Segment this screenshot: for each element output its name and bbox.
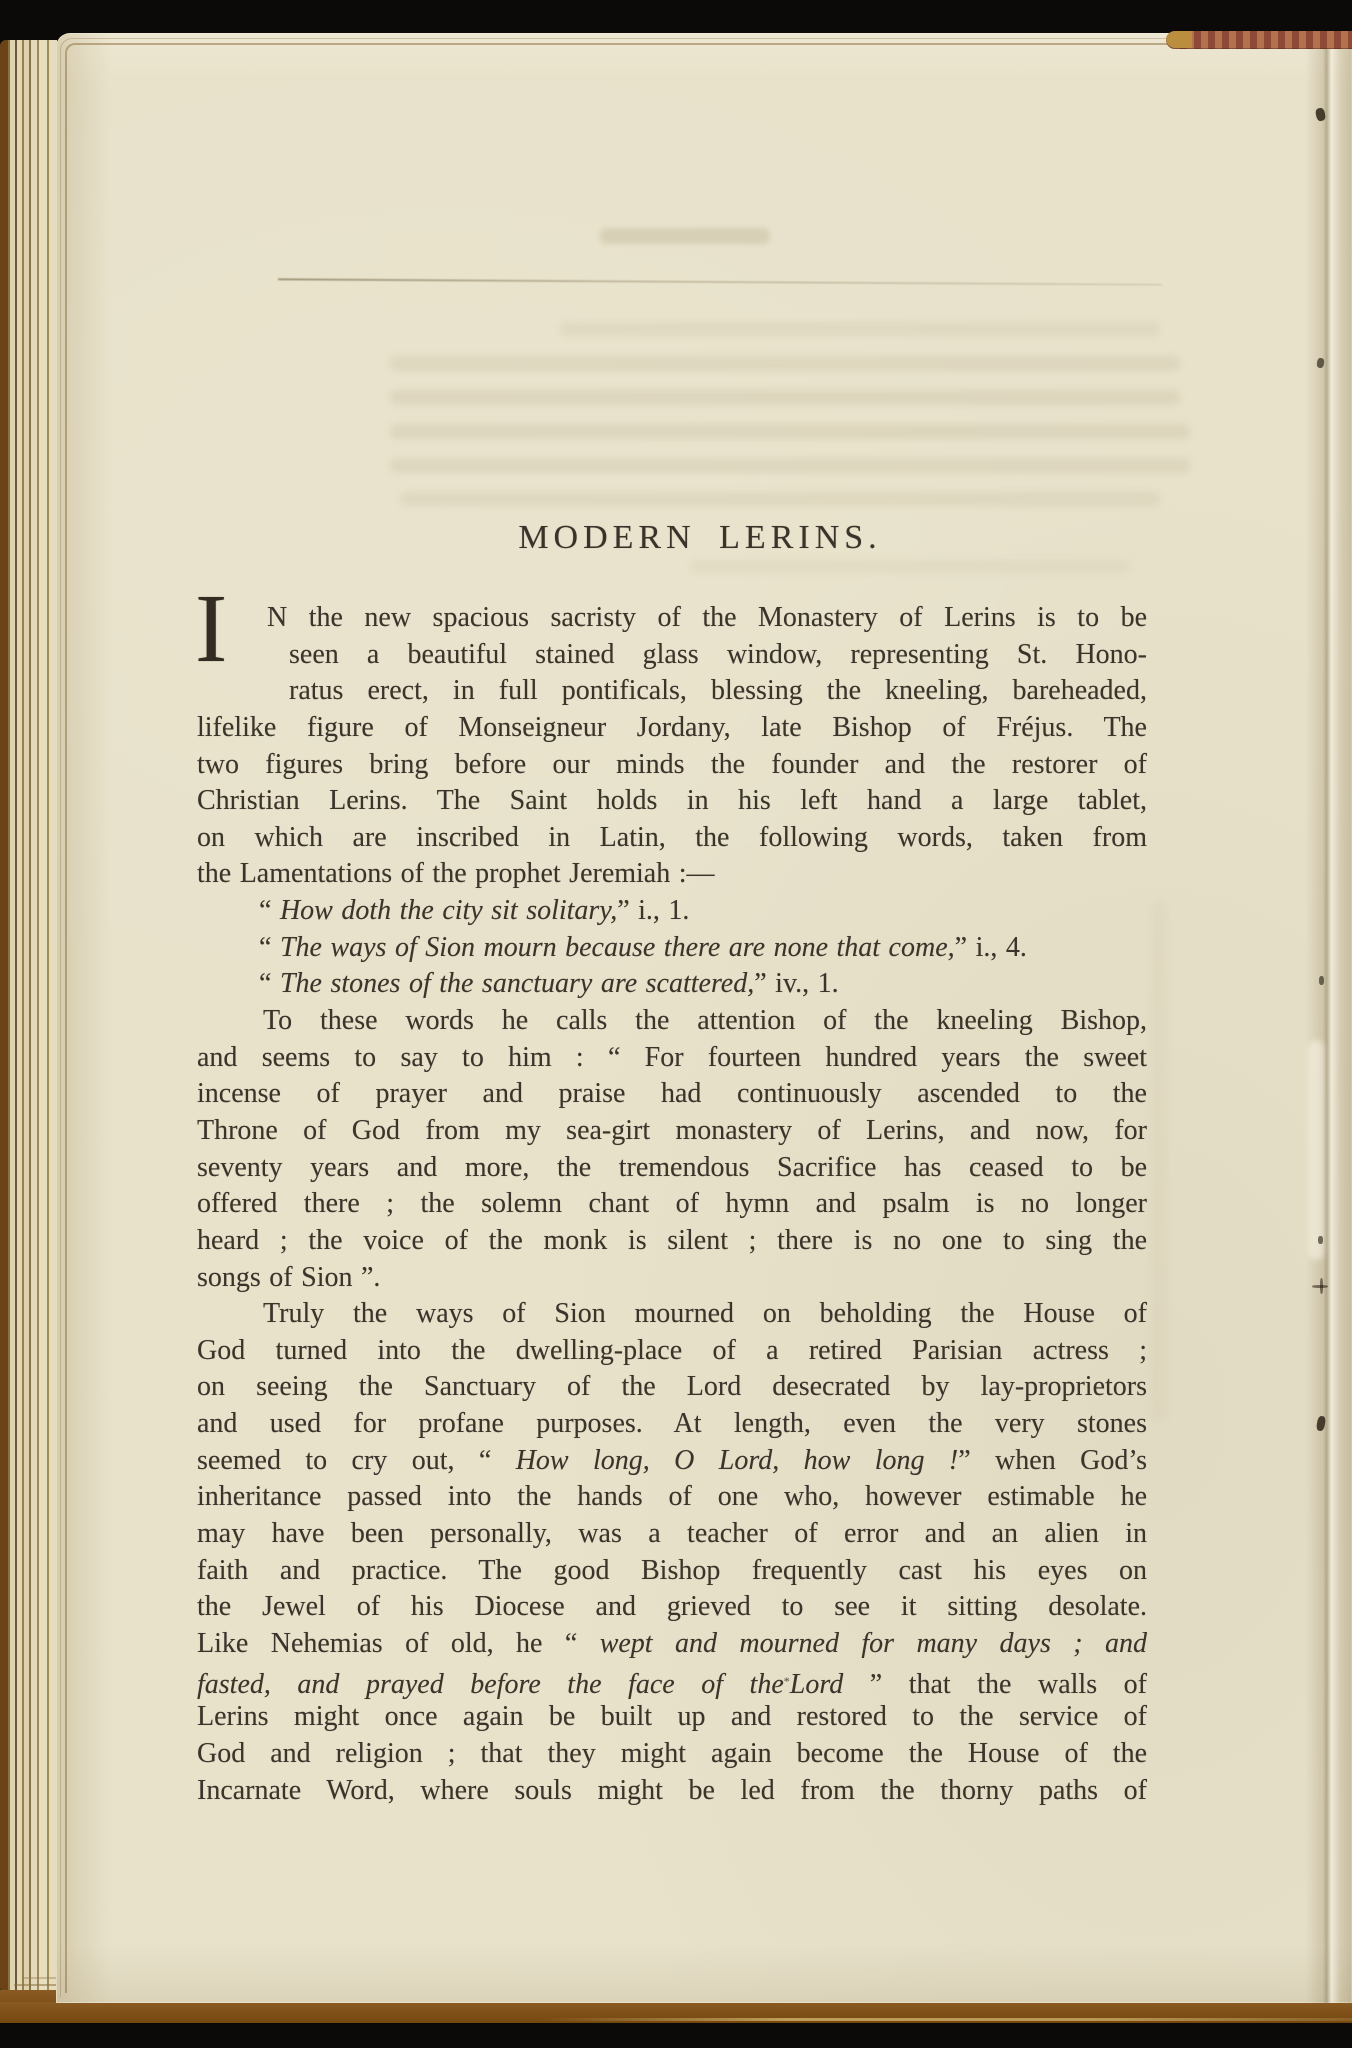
text-line: fasted, and prayed before the face of th… <box>197 1663 1147 1700</box>
body-text: the Lamentations of the prophet Jeremiah… <box>197 858 715 889</box>
gutter-crease-highlight <box>1308 1040 1324 1260</box>
body-text: faith and practice. The good Bishop freq… <box>197 1555 1147 1586</box>
body-text: ” i., 4. <box>955 932 1027 963</box>
body-text: ” that the walls of <box>843 1669 1147 1700</box>
body-text: on seeing the Sanctuary of the Lord dese… <box>197 1371 1147 1402</box>
body-text: seen a beautiful stained glass window, r… <box>289 639 1147 670</box>
body-text: and used for profane purposes. At length… <box>197 1408 1147 1439</box>
body-text: and seems to say to him : “ For fourteen… <box>197 1042 1147 1073</box>
text-line: Christian Lerins. The Saint holds in his… <box>197 783 1147 820</box>
body-text: Incarnate Word, where souls might be led… <box>197 1775 1147 1806</box>
body-text: Like Nehemias of old, he “ <box>197 1628 600 1659</box>
text-block: I N the new spacious sacristy of the Mon… <box>197 600 1147 1809</box>
text-line: “ The ways of Sion mourn because there a… <box>197 930 1147 967</box>
headband <box>1166 31 1352 49</box>
text-line: Like Nehemias of old, he “ wept and mour… <box>197 1626 1147 1663</box>
italic-text: Lord <box>790 1669 843 1700</box>
body-text: God and religion ; that they might again… <box>197 1738 1147 1769</box>
text-line: To these words he calls the attention of… <box>197 1003 1147 1040</box>
drop-cap: I <box>195 580 227 677</box>
italic-text: The ways of Sion mourn because there are… <box>280 932 955 963</box>
body-text: offered there ; the solemn chant of hymn… <box>197 1188 1147 1219</box>
text-line: God and religion ; that they might again… <box>197 1736 1147 1773</box>
text-line: the Jewel of his Diocese and grieved to … <box>197 1589 1147 1626</box>
text-line: seventy years and more, the tremendous S… <box>197 1150 1147 1187</box>
headband-gold-segment <box>1166 31 1192 48</box>
scanned-book-photo: MODERN LERINS. I N the new spacious sacr… <box>0 0 1352 2048</box>
text-line: may have been personally, was a teacher … <box>197 1516 1147 1553</box>
binding-stitch-mark <box>1319 976 1324 985</box>
text-line: seen a beautiful stained glass window, r… <box>197 637 1147 674</box>
body-text: ” iv., 1. <box>754 968 838 999</box>
gilt-edge-glint <box>540 2018 1352 2021</box>
body-text: “ <box>259 895 280 926</box>
italic-text: How long, O Lord, how long ! <box>516 1445 959 1476</box>
text-line: on which are inscribed in Latin, the fol… <box>197 820 1147 857</box>
text-line: Throne of God from my sea-girt monastery… <box>197 1113 1147 1150</box>
text-line: “ How doth the city sit solitary,” i., 1… <box>197 893 1147 930</box>
footnote-mark: * <box>784 1674 790 1688</box>
text-line: seemed to cry out, “ How long, O Lord, h… <box>197 1443 1147 1480</box>
text-line: the Lamentations of the prophet Jeremiah… <box>197 856 1147 893</box>
binding-stitch-mark <box>1320 1278 1323 1294</box>
body-text: songs of Sion ”. <box>197 1262 380 1293</box>
text-line: Truly the ways of Sion mourned on behold… <box>197 1296 1147 1333</box>
body-text: ” when God’s <box>958 1445 1147 1476</box>
body-text: seemed to cry out, “ <box>197 1445 516 1476</box>
body-text: may have been personally, was a teacher … <box>197 1518 1147 1549</box>
text-line: two figures bring before our minds the f… <box>197 747 1147 784</box>
body-text: incense of prayer and praise had continu… <box>197 1078 1147 1109</box>
chapter-title: MODERN LERINS. <box>225 516 1175 560</box>
body-text: Truly the ways of Sion mourned on behold… <box>263 1298 1147 1329</box>
body-text: two figures bring before our minds the f… <box>197 749 1147 780</box>
body-text: Throne of God from my sea-girt monastery… <box>197 1115 1147 1146</box>
body-text: ” i., 1. <box>617 895 689 926</box>
italic-text: How doth the city sit solitary, <box>280 895 617 926</box>
text-line: offered there ; the solemn chant of hymn… <box>197 1186 1147 1223</box>
text-line: Incarnate Word, where souls might be led… <box>197 1773 1147 1810</box>
italic-text: The stones of the sanctuary are scattere… <box>280 968 754 999</box>
text-line: lifelike figure of Monseigneur Jordany, … <box>197 710 1147 747</box>
text-line: faith and practice. The good Bishop freq… <box>197 1553 1147 1590</box>
body-text: To these words he calls the attention of… <box>263 1005 1147 1036</box>
text-line: songs of Sion ”. <box>197 1260 1147 1297</box>
italic-text: fasted, and prayed before the face of th… <box>197 1669 784 1700</box>
body-text: Lerins might once again be built up and … <box>197 1701 1147 1732</box>
text-line: and used for profane purposes. At length… <box>197 1406 1147 1443</box>
body-text: heard ; the voice of the monk is silent … <box>197 1225 1147 1256</box>
text-line: N the new spacious sacristy of the Monas… <box>197 600 1147 637</box>
text-line: God turned into the dwelling-place of a … <box>197 1333 1147 1370</box>
text-line: heard ; the voice of the monk is silent … <box>197 1223 1147 1260</box>
body-text: lifelike figure of Monseigneur Jordany, … <box>197 712 1147 743</box>
body-text: on which are inscribed in Latin, the fol… <box>197 822 1147 853</box>
text-line: ratus erect, in full pontificals, blessi… <box>197 673 1147 710</box>
italic-text: wept and mourned for many days ; and <box>600 1628 1147 1659</box>
binding-stitch-mark <box>1318 1236 1323 1244</box>
body-text: “ <box>259 932 280 963</box>
page-edge-stack <box>0 40 57 1992</box>
text-line: on seeing the Sanctuary of the Lord dese… <box>197 1369 1147 1406</box>
body-text: N the new spacious sacristy of the Monas… <box>267 602 1147 633</box>
body-text: inheritance passed into the hands of one… <box>197 1481 1147 1512</box>
body-text: God turned into the dwelling-place of a … <box>197 1335 1147 1366</box>
body-text: the Jewel of his Diocese and grieved to … <box>197 1591 1147 1622</box>
body-text: Christian Lerins. The Saint holds in his… <box>197 785 1147 816</box>
text-line: Lerins might once again be built up and … <box>197 1699 1147 1736</box>
body-text: “ <box>259 968 280 999</box>
body-text: ratus erect, in full pontificals, blessi… <box>289 675 1147 706</box>
text-line: and seems to say to him : “ For fourteen… <box>197 1040 1147 1077</box>
body-text: seventy years and more, the tremendous S… <box>197 1152 1147 1183</box>
text-line: “ The stones of the sanctuary are scatte… <box>197 966 1147 1003</box>
text-line: incense of prayer and praise had continu… <box>197 1076 1147 1113</box>
text-line: inheritance passed into the hands of one… <box>197 1479 1147 1516</box>
